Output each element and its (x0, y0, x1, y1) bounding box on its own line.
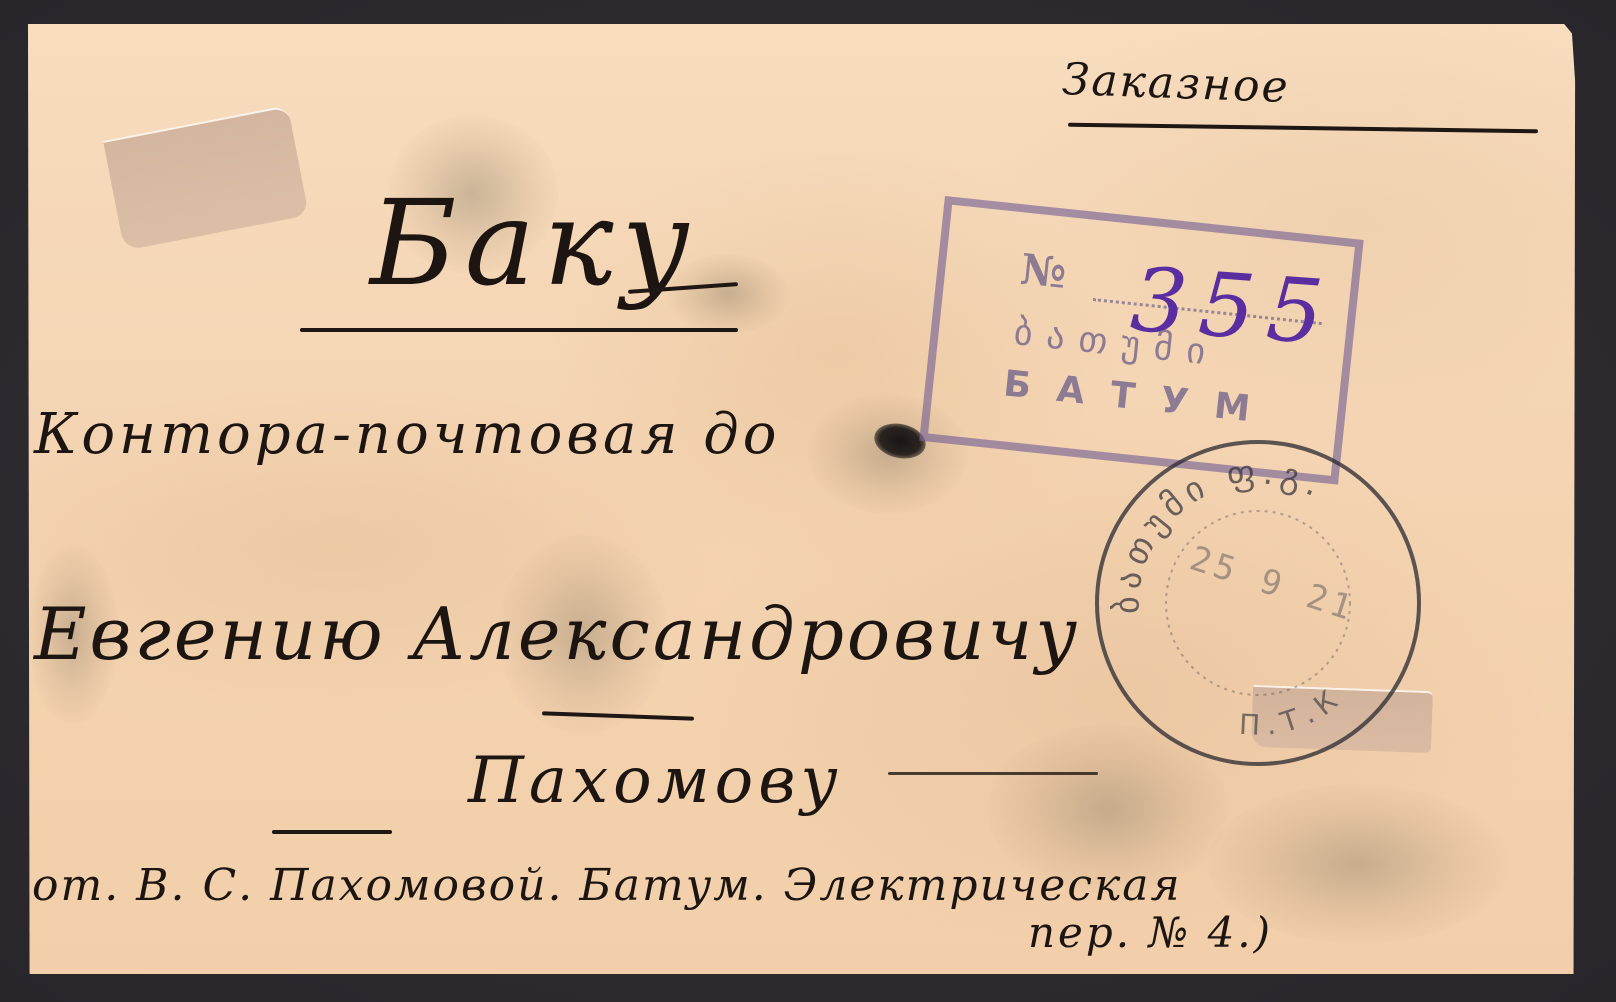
postmark-ring: ბათუმი ფ.გ. П.Т.К. (1099, 444, 1417, 762)
return-address-line2: пер. № 4.) (1028, 908, 1273, 957)
registration-cachet: № 355 ბათუმი БАТУМ (919, 196, 1363, 485)
underline (888, 772, 1098, 775)
underline (1068, 123, 1538, 134)
city-name: БАТУМ (1002, 363, 1278, 432)
return-address-line1: от. В. С. Пахомовой. Батум. Электрическа… (32, 860, 1182, 911)
registered-marking: Заказное (1061, 54, 1290, 113)
delivery-line: Контора-почтовая до (34, 402, 780, 467)
hinge-remnant (103, 105, 309, 251)
underline (272, 830, 392, 834)
addressee-surname: Пахомову (468, 744, 843, 818)
number-sign: № (1018, 244, 1069, 298)
underline (300, 328, 738, 332)
addressee-name: Евгению Александровичу (34, 592, 1080, 676)
postmark: ბათუმი ფ.გ. П.Т.К. 25 9 21 (1095, 440, 1421, 766)
